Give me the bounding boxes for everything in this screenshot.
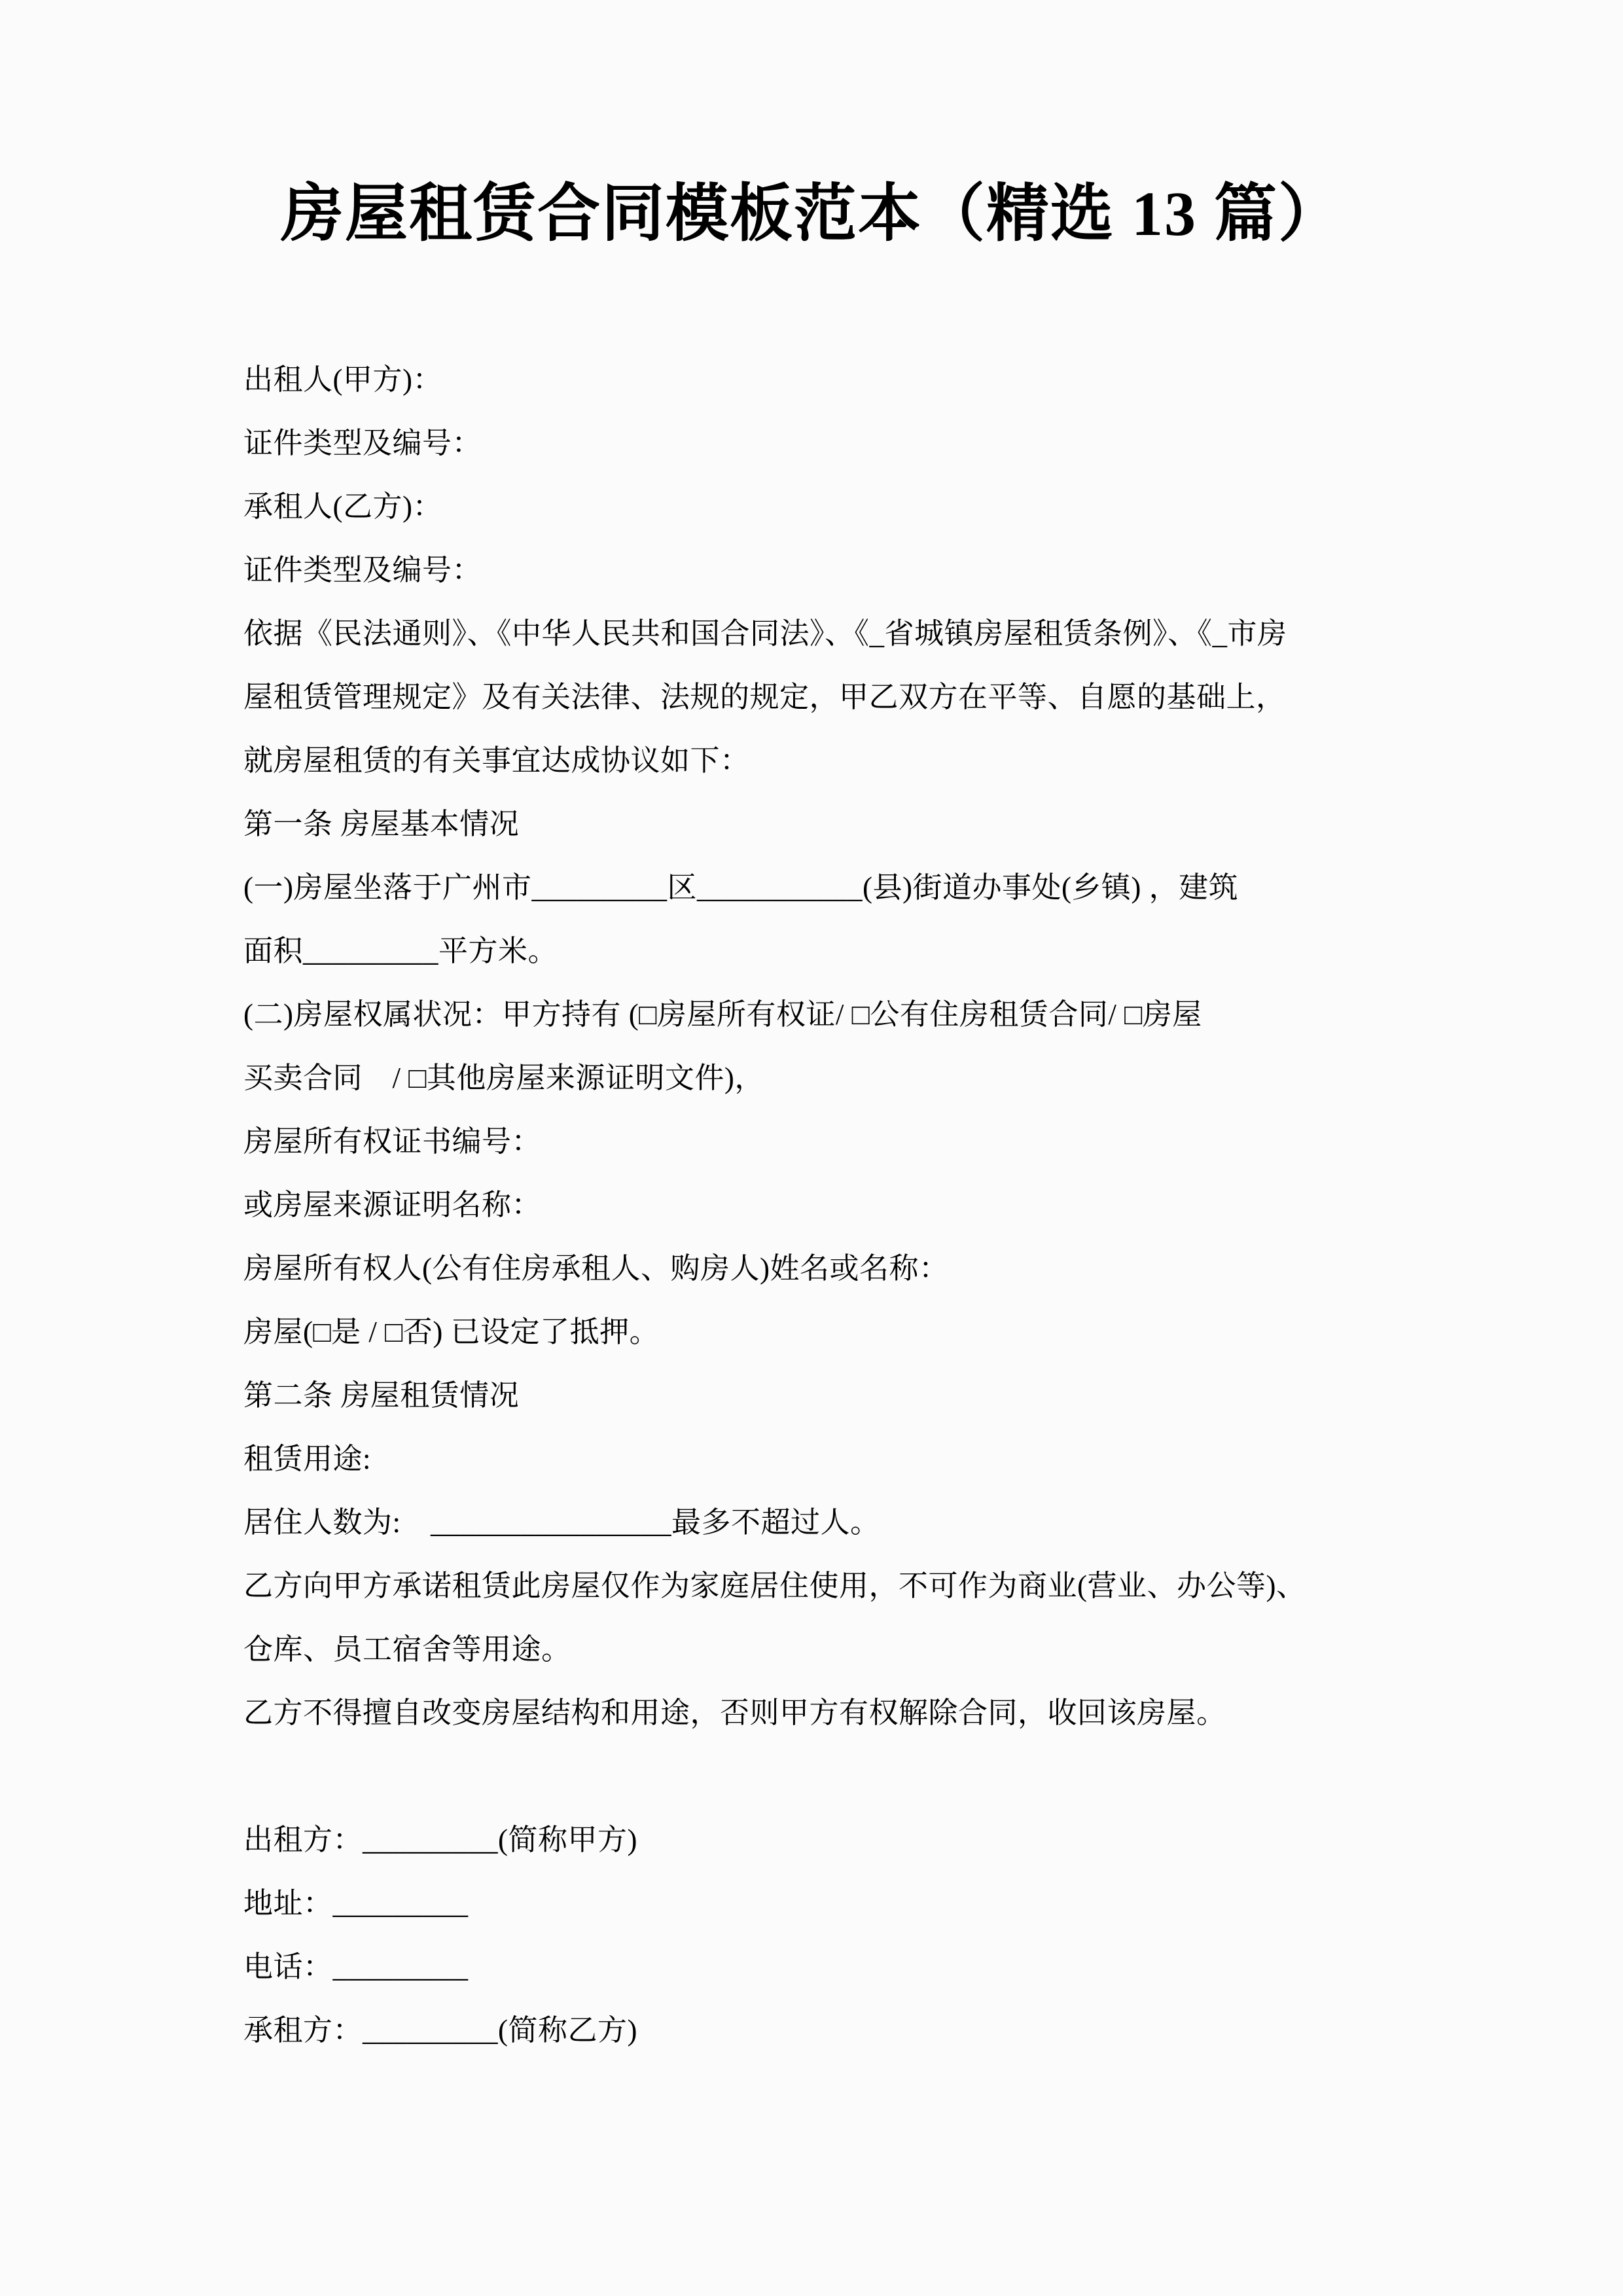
blank-line	[243, 1745, 1385, 1808]
document-line: 第二条 房屋租赁情况	[243, 1364, 1385, 1427]
document-line: 仓库、员工宿舍等用途。	[243, 1618, 1385, 1681]
document-line: (二)房屋权属状况：甲方持有 (□房屋所有权证/ □公有住房租赁合同/ □房屋	[243, 983, 1385, 1047]
document-line: 出租人(甲方)：	[243, 348, 1385, 412]
document-line: 租赁用途:	[243, 1427, 1385, 1491]
document-line: 地址：_________	[243, 1872, 1385, 1935]
document-line: 依据《民法通则》、《中华人民共和国合同法》、《_省城镇房屋租赁条例》、《_市房	[243, 602, 1385, 666]
document-line: 房屋所有权证书编号：	[243, 1110, 1385, 1174]
document-line: 买卖合同 / □其他房屋来源证明文件)，	[243, 1047, 1385, 1110]
document-line: 房屋(□是 / □否) 已设定了抵押。	[243, 1300, 1385, 1364]
document-line: 出租方：_________(简称甲方)	[243, 1808, 1385, 1872]
document-line: 第一条 房屋基本情况	[243, 793, 1385, 856]
document-line: 居住人数为: ________________最多不超过人。	[243, 1491, 1385, 1554]
document-line: (一)房屋坐落于广州市_________区___________(县)街道办事处…	[243, 856, 1385, 920]
document-line: 承租方：_________(简称乙方)	[243, 1999, 1385, 2062]
document-line: 证件类型及编号：	[243, 539, 1385, 602]
document-line: 乙方不得擅自改变房屋结构和用途，否则甲方有权解除合同，收回该房屋。	[243, 1681, 1385, 1745]
document-line: 证件类型及编号：	[243, 412, 1385, 475]
document-body: 出租人(甲方)：证件类型及编号：承租人(乙方)：证件类型及编号：依据《民法通则》…	[243, 348, 1385, 2062]
document-line: 电话：_________	[243, 1935, 1385, 1999]
document-line: 房屋所有权人(公有住房承租人、购房人)姓名或名称：	[243, 1237, 1385, 1300]
document-line: 就房屋租赁的有关事宜达成协议如下：	[243, 729, 1385, 793]
contract-document-page: 房屋租赁合同模板范本（精选 13 篇） 出租人(甲方)：证件类型及编号：承租人(…	[0, 0, 1623, 2296]
document-line: 乙方向甲方承诺租赁此房屋仅作为家庭居住使用，不可作为商业(营业、办公等)、	[243, 1554, 1385, 1618]
document-line: 面积_________平方米。	[243, 920, 1385, 983]
document-line: 或房屋来源证明名称：	[243, 1174, 1385, 1237]
document-line: 承租人(乙方)：	[243, 475, 1385, 539]
document-line: 屋租赁管理规定》及有关法律、法规的规定，甲乙双方在平等、自愿的基础上，	[243, 666, 1385, 729]
document-title: 房屋租赁合同模板范本（精选 13 篇）	[0, 171, 1623, 257]
